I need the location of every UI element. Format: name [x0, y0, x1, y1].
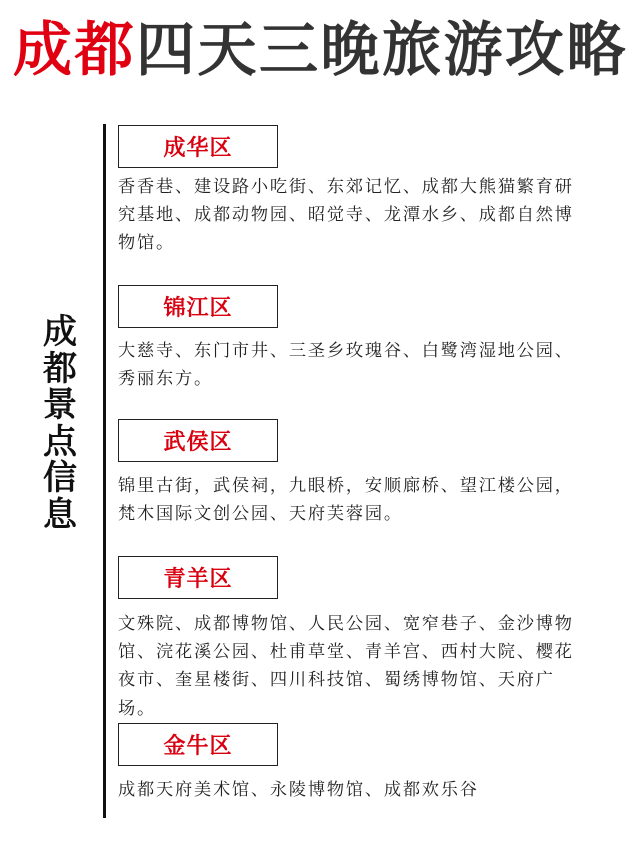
- section-heading: 青羊区: [163, 562, 232, 593]
- section-heading-box: 青羊区: [118, 556, 278, 599]
- section-heading-box: 锦江区: [118, 285, 278, 328]
- section-heading-box: 武侯区: [118, 419, 278, 462]
- section-body: 锦里古街，武侯祠，九眼桥，安顺廊桥、望江楼公园，梵木国际文创公园、天府芙蓉园。: [118, 472, 584, 528]
- section-heading: 武侯区: [163, 425, 232, 456]
- section-heading-box: 成华区: [118, 125, 278, 168]
- side-label: 成都景点信息: [40, 314, 80, 533]
- section-heading: 成华区: [163, 131, 232, 162]
- section-heading: 金牛区: [163, 729, 232, 760]
- section-heading-box: 金牛区: [118, 723, 278, 766]
- vertical-divider: [103, 124, 106, 818]
- title-accent: 成都: [13, 15, 136, 84]
- section-body: 文殊院、成都博物馆、人民公园、宽窄巷子、金沙博物馆、浣花溪公园、杜甫草堂、青羊宫…: [118, 610, 584, 723]
- title-rest: 四天三晚旅游攻略: [136, 15, 628, 84]
- section-heading: 锦江区: [163, 291, 232, 322]
- page-title: 成都四天三晚旅游攻略: [13, 17, 633, 83]
- section-body: 香香巷、建设路小吃街、东郊记忆、成都大熊猫繁育研究基地、成都动物园、昭觉寺、龙潭…: [118, 173, 584, 258]
- section-body: 成都天府美术馆、永陵博物馆、成都欢乐谷: [118, 776, 584, 804]
- section-body: 大慈寺、东门市井、三圣乡玫瑰谷、白鹭湾湿地公园、秀丽东方。: [118, 337, 584, 393]
